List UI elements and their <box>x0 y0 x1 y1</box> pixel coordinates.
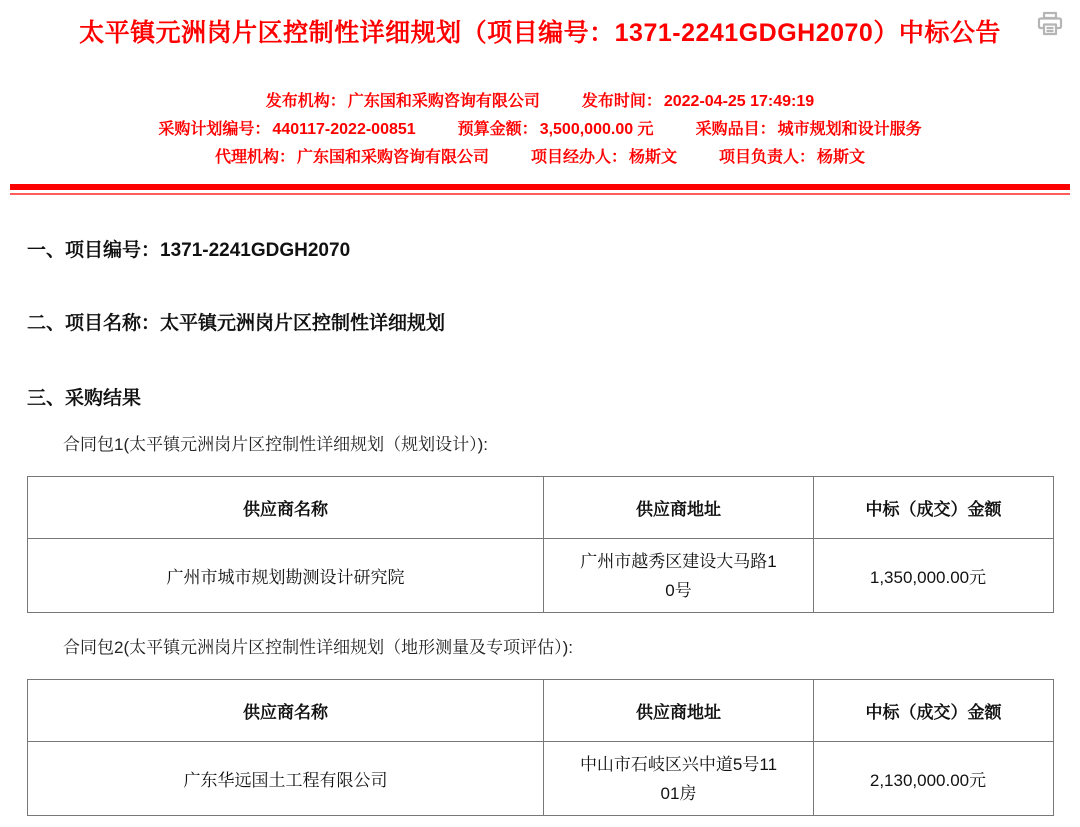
agency-label: 代理机构： <box>215 149 295 166</box>
announcement-page: 太平镇元洲岗片区控制性详细规划（项目编号：1371-2241GDGH2070）中… <box>0 0 1080 827</box>
handler-value: 杨斯文 <box>629 149 677 166</box>
supplier-address-header: 供应商地址 <box>544 680 814 742</box>
budget-label: 预算金额： <box>458 121 538 138</box>
category-field: 采购品目：城市规划和设计服务 <box>696 116 922 144</box>
supplier-name-cell: 广州市城市规划勘测设计研究院 <box>28 539 544 613</box>
contract-package-2-table: 供应商名称 供应商地址 中标（成交）金额 广东华远国土工程有限公司 中山市石岐区… <box>27 679 1054 816</box>
meta-row-3: 代理机构：广东国和采购咨询有限公司 项目经办人：杨斯文 项目负责人：杨斯文 <box>0 144 1080 172</box>
supplier-address-cell: 广州市越秀区建设大马路1 0号 <box>544 539 814 613</box>
contract-package-2-heading: 合同包2(太平镇元洲岗片区控制性详细规划（地形测量及专项评估）): <box>63 637 1053 659</box>
page-title: 太平镇元洲岗片区控制性详细规划（项目编号：1371-2241GDGH2070）中… <box>0 0 1080 48</box>
category-label: 采购品目： <box>696 121 776 138</box>
manager-label: 项目负责人： <box>719 149 815 166</box>
table-row: 广州市城市规划勘测设计研究院 广州市越秀区建设大马路1 0号 1,350,000… <box>28 539 1054 613</box>
handler-field: 项目经办人：杨斯文 <box>531 144 677 172</box>
supplier-name-header: 供应商名称 <box>28 477 544 539</box>
printer-icon <box>1036 11 1064 37</box>
publisher-value: 广东国和采购咨询有限公司 <box>348 93 540 110</box>
section-procurement-result: 三、采购结果 <box>27 387 1053 410</box>
award-amount-header: 中标（成交）金额 <box>814 680 1054 742</box>
budget-field: 预算金额：3,500,000.00 元 <box>458 116 654 144</box>
publish-time-field: 发布时间：2022-04-25 17:49:19 <box>582 88 814 116</box>
publish-time-label: 发布时间： <box>582 93 662 110</box>
table-header-row: 供应商名称 供应商地址 中标（成交）金额 <box>28 477 1054 539</box>
award-amount-cell: 1,350,000.00元 <box>814 539 1054 613</box>
table-header-row: 供应商名称 供应商地址 中标（成交）金额 <box>28 680 1054 742</box>
category-value: 城市规划和设计服务 <box>778 121 922 138</box>
meta-row-1: 发布机构：广东国和采购咨询有限公司 发布时间：2022-04-25 17:49:… <box>0 88 1080 116</box>
supplier-address-cell: 中山市石岐区兴中道5号11 01房 <box>544 742 814 816</box>
supplier-name-header: 供应商名称 <box>28 680 544 742</box>
plan-number-label: 采购计划编号： <box>158 121 270 138</box>
double-rule-divider <box>10 184 1070 195</box>
publish-time-value: 2022-04-25 17:49:19 <box>664 93 814 110</box>
table-row: 广东华远国土工程有限公司 中山市石岐区兴中道5号11 01房 2,130,000… <box>28 742 1054 816</box>
manager-value: 杨斯文 <box>817 149 865 166</box>
print-button[interactable] <box>1036 11 1064 37</box>
contract-package-1-heading: 合同包1(太平镇元洲岗片区控制性详细规划（规划设计）): <box>63 434 1053 456</box>
award-amount-cell: 2,130,000.00元 <box>814 742 1054 816</box>
plan-number-field: 采购计划编号：440117-2022-00851 <box>158 116 415 144</box>
divider-thin-line <box>10 193 1070 195</box>
supplier-name-cell: 广东华远国土工程有限公司 <box>28 742 544 816</box>
section-project-name: 二、项目名称：太平镇元洲岗片区控制性详细规划 <box>27 312 1053 335</box>
plan-number-value: 440117-2022-00851 <box>272 121 415 138</box>
agency-value: 广东国和采购咨询有限公司 <box>297 149 489 166</box>
budget-value: 3,500,000.00 元 <box>540 121 654 138</box>
handler-label: 项目经办人： <box>531 149 627 166</box>
document-body: 一、项目编号：1371-2241GDGH2070 二、项目名称：太平镇元洲岗片区… <box>0 239 1080 816</box>
publisher-label: 发布机构： <box>266 93 346 110</box>
award-amount-header: 中标（成交）金额 <box>814 477 1054 539</box>
supplier-address-header: 供应商地址 <box>544 477 814 539</box>
agency-field: 代理机构：广东国和采购咨询有限公司 <box>215 144 489 172</box>
contract-package-1-table: 供应商名称 供应商地址 中标（成交）金额 广州市城市规划勘测设计研究院 广州市越… <box>27 476 1054 613</box>
manager-field: 项目负责人：杨斯文 <box>719 144 865 172</box>
publisher-field: 发布机构：广东国和采购咨询有限公司 <box>266 88 540 116</box>
meta-block: 发布机构：广东国和采购咨询有限公司 发布时间：2022-04-25 17:49:… <box>0 88 1080 172</box>
section-project-number: 一、项目编号：1371-2241GDGH2070 <box>27 239 1053 262</box>
meta-row-2: 采购计划编号：440117-2022-00851 预算金额：3,500,000.… <box>0 116 1080 144</box>
